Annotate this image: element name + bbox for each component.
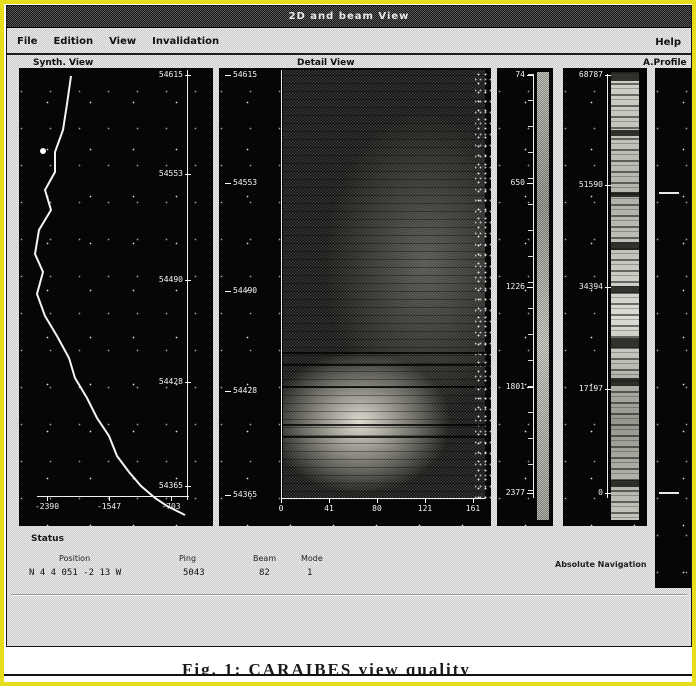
beam-value: 82	[259, 568, 270, 578]
across-profile-panel[interactable]	[655, 68, 692, 588]
range-tick: 1226	[501, 282, 525, 292]
invalidated-ping-line	[283, 364, 491, 366]
current-ping-marker	[40, 148, 46, 154]
detail-y-axis	[281, 70, 282, 498]
range-tick: 1801	[501, 382, 525, 392]
menu-help[interactable]: Help	[655, 29, 681, 55]
menu-file[interactable]: File	[17, 36, 37, 47]
amplitude-dark-bands	[611, 72, 639, 520]
detail-x-tick: 80	[357, 504, 397, 514]
invalidated-ping-line	[283, 436, 491, 438]
range-strip-panel[interactable]: 74 650 1226 1801 2377	[497, 68, 553, 526]
menu-edition[interactable]: Edition	[53, 36, 93, 47]
synth-view-panel[interactable]: 54615 54553 54490 54428 54365 -2390 -154…	[19, 68, 213, 526]
synth-x-tick: -1547	[89, 502, 129, 512]
amplitude-axis	[607, 74, 608, 498]
range-axis-minor-ticks	[528, 74, 533, 498]
detail-x-tick: 41	[309, 504, 349, 514]
detail-y-tick: 54365	[233, 490, 271, 500]
range-profile-strip	[537, 72, 549, 520]
menu-view[interactable]: View	[109, 36, 136, 47]
detail-y-tick: 54615	[233, 70, 271, 80]
bottom-rule	[4, 674, 692, 676]
position-label: Position	[59, 554, 90, 563]
synth-y-tick: 54490	[149, 275, 183, 285]
position-value: N 4 4 051 -2 13 W	[29, 568, 121, 578]
ping-label: Ping	[179, 554, 196, 563]
detail-x-axis	[281, 498, 485, 499]
menu-bar: File Edition View Invalidation Help	[7, 29, 691, 55]
detail-x-tick: 121	[405, 504, 445, 514]
amplitude-tick: 68787	[567, 70, 603, 80]
mode-label: Mode	[301, 554, 323, 563]
figure-frame: 2D and beam View File Edition View Inval…	[0, 0, 696, 686]
detail-view-title: Detail View	[297, 58, 355, 68]
detail-x-tick: 0	[261, 504, 301, 514]
synth-y-tick: 54365	[149, 481, 183, 491]
synth-x-axis	[37, 496, 189, 497]
range-tick: 2377	[501, 488, 525, 498]
status-divider	[11, 594, 687, 596]
absolute-navigation-toggle[interactable]: Absolute Navigation	[555, 560, 647, 569]
menu-invalidation[interactable]: Invalidation	[152, 36, 219, 47]
profile-marker	[659, 492, 679, 494]
figure-caption: Fig. 1: CARAIBES view quality	[182, 659, 471, 675]
invalidated-ping-line	[283, 352, 491, 354]
amplitude-tick: 0	[567, 488, 603, 498]
synth-x-tick: -703	[151, 502, 191, 512]
synth-view-title: Synth. View	[33, 58, 93, 68]
detail-y-tick: 54428	[233, 386, 271, 396]
amplitude-strip-panel[interactable]: 68787 51590 34394 17197 0	[563, 68, 647, 526]
status-title: Status	[31, 534, 64, 544]
synth-y-tick: 54615	[149, 70, 183, 80]
synth-y-tick: 54428	[149, 377, 183, 387]
nav-track	[35, 76, 185, 515]
amplitude-tick: 34394	[567, 282, 603, 292]
detail-x-tick: 161	[453, 504, 491, 514]
synth-y-axis	[187, 70, 188, 500]
detail-y-tick: 54553	[233, 178, 271, 188]
ping-value: 5043	[183, 568, 205, 578]
app-window: 2D and beam View File Edition View Inval…	[6, 5, 692, 647]
window-titlebar[interactable]: 2D and beam View	[7, 6, 691, 28]
detail-y-tick: 54490	[233, 286, 271, 296]
mode-value: 1	[307, 568, 312, 578]
detail-view-panel[interactable]: 54615 54553 54490 54428 54365 0 41 80 12…	[219, 68, 491, 526]
range-tick: 650	[501, 178, 525, 188]
synth-x-tick: -2390	[27, 502, 67, 512]
amplitude-tick: 17197	[567, 384, 603, 394]
amplitude-tick: 51590	[567, 180, 603, 190]
window-title: 2D and beam View	[289, 11, 410, 22]
range-tick: 74	[501, 70, 525, 80]
beam-label: Beam	[253, 554, 276, 563]
caption-zone: Fig. 1: CARAIBES view quality	[4, 647, 692, 682]
profile-title: A.Profile	[643, 58, 687, 68]
invalidated-ping-line	[283, 386, 491, 388]
profile-marker	[659, 192, 679, 194]
invalidated-ping-line	[283, 424, 491, 426]
synth-y-tick: 54553	[149, 169, 183, 179]
nav-track-plot	[19, 68, 213, 526]
range-axis	[533, 74, 534, 498]
